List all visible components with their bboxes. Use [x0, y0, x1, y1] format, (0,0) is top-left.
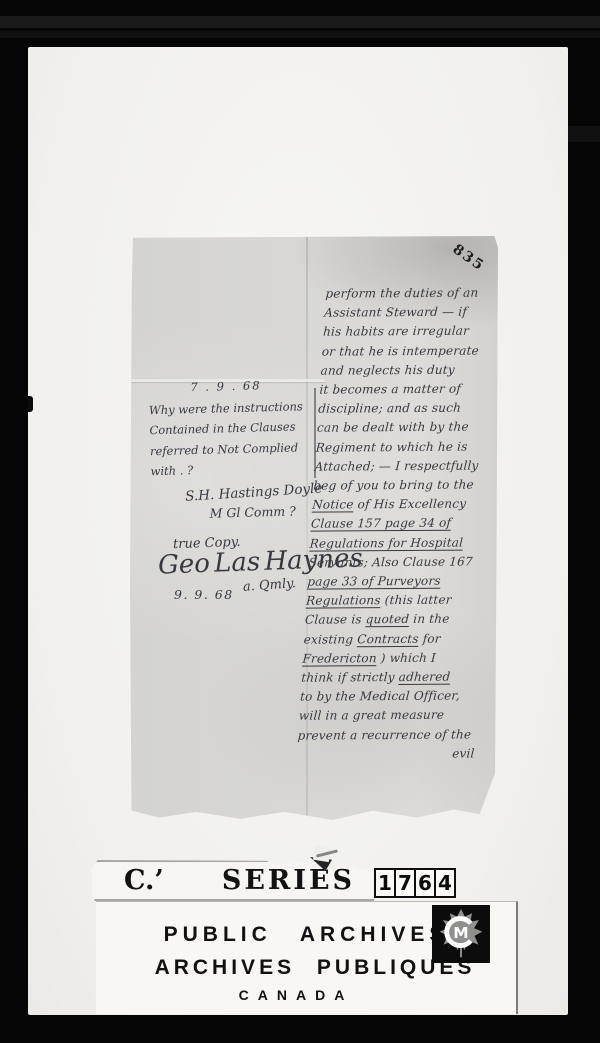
letter-line: his habits are irregular — [322, 322, 515, 343]
letter-line: to by the Medical Officer, — [299, 687, 492, 708]
annotation-line: with . ? — [150, 457, 322, 482]
letter-line: can be dealt with by the — [316, 418, 509, 439]
series-word: SERIES — [222, 865, 355, 896]
archives-card: PUBLIC ARCHIVES ARCHIVES PUBLIQUES CANAD… — [96, 901, 518, 1014]
letter-line: Fredericton ) which I — [302, 648, 495, 669]
letter-line: page 33 of Purveyors — [307, 571, 500, 592]
letter-line: and neglects his duty — [320, 360, 513, 381]
volume-digit-tile: 7 — [396, 870, 414, 896]
volume-digit-tile: 6 — [416, 870, 434, 896]
letter-line: Attached; — I respectfully — [314, 456, 507, 477]
letter-line: think if strictly adhered — [301, 667, 494, 688]
letter-line: Clause is quoted in the — [304, 610, 497, 631]
letter-line: Regulations (this latter — [306, 591, 499, 612]
letter-line: or that he is intemperate — [321, 341, 514, 362]
archives-logo: M — [432, 905, 490, 963]
microfilm-scan: 835 perform the duties of anAssistant St… — [0, 0, 600, 1043]
letter-line: will in a great measure — [298, 706, 491, 727]
series-prefix: C.’ — [124, 865, 164, 896]
letter-line: beg of you to bring to the — [313, 475, 506, 496]
letter-body: perform the duties of anAssistant Stewar… — [296, 283, 518, 764]
film-streak — [0, 16, 600, 28]
letter-line: Notice of His Excellency — [312, 495, 505, 516]
film-edge-mark — [28, 396, 33, 412]
letter-line: perform the duties of an — [325, 283, 518, 304]
letter-line: Regiment to which he is — [315, 437, 508, 458]
volume-number-tiles: 1764 — [374, 868, 456, 898]
series-label-strip: C.’ SERIES — [92, 860, 374, 901]
volume-digit-tile: 4 — [436, 870, 454, 896]
letter-line: evil — [296, 744, 489, 765]
letter-line: Clause 157 page 34 of — [310, 514, 503, 535]
letter-line: existing Contracts for — [303, 629, 496, 650]
volume-digit-tile: 1 — [376, 870, 394, 896]
letter-line: discipline; and as such — [318, 399, 511, 420]
letter-line: prevent a recurrence of the — [297, 725, 490, 746]
margin-annotation: 7 . 9 . 68 Why were the instructionsCont… — [148, 374, 324, 526]
annotation-lines: Why were the instructionsContained in th… — [149, 395, 323, 481]
monogram-m: M — [453, 924, 468, 942]
annotation-date: 7 . 9 . 68 — [190, 374, 320, 398]
photo-frame: 835 perform the duties of anAssistant St… — [28, 47, 568, 1015]
film-streak — [0, 31, 600, 38]
certification-date: 9. 9. 68 — [174, 587, 234, 602]
letter-line: Assistant Steward — if — [324, 303, 517, 324]
letter-line: it becomes a matter of — [319, 379, 512, 400]
archives-card-country: CANADA — [86, 987, 506, 1003]
